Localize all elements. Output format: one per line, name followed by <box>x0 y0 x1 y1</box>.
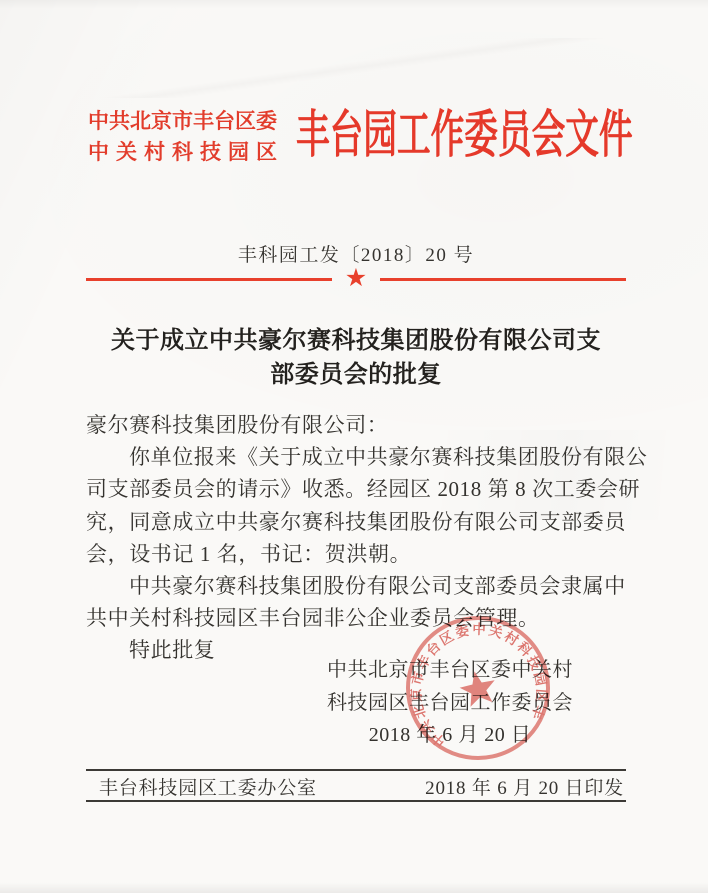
body-line: 司支部委员会的请示》收悉。经园区 2018 第 8 次工委会研 <box>86 473 630 505</box>
issuing-org-line2: 中关村科技园区 <box>88 137 284 168</box>
footer-rule-top <box>86 769 626 771</box>
body-line-salutation: 豪尔赛科技集团股份有限公司： <box>86 409 630 441</box>
signature-org-line2: 科技园区丰台园工作委员会 <box>326 687 574 720</box>
divider-rule-right <box>380 278 626 281</box>
paper-crease <box>0 38 708 98</box>
document-title-line1: 关于成立中共豪尔赛科技集团股份有限公司支 <box>111 328 601 354</box>
star-icon: ★ <box>332 265 380 290</box>
document-body: 豪尔赛科技集团股份有限公司： 你单位报来《关于成立中共豪尔赛科技集团股份有限公 … <box>86 409 630 667</box>
signature-date: 2018 年 6 月 20 日 <box>326 719 574 752</box>
document-title-line2: 部委员会的批复 <box>270 362 442 388</box>
body-line: 你单位报来《关于成立中共豪尔赛科技集团股份有限公 <box>86 441 630 473</box>
red-divider: ★ <box>86 266 626 292</box>
footer-print-date: 2018 年 6 月 20 日印发 <box>425 773 626 800</box>
signature-org-line1: 中共北京市丰台区委中关村 <box>326 654 574 687</box>
body-line: 究，同意成立中共豪尔赛科技集团股份有限公司支部委员 <box>86 506 630 538</box>
document-letterhead-title: 丰台园工作委员会文件 <box>296 110 633 162</box>
footer: 丰台科技园区工委办公室 2018 年 6 月 20 日印发 <box>86 773 626 800</box>
footer-issuing-office: 丰台科技园区工委办公室 <box>86 773 317 800</box>
document-title: 关于成立中共豪尔赛科技集团股份有限公司支 部委员会的批复 <box>60 324 652 392</box>
document-page: 中共北京市丰台区委 中关村科技园区 丰台园工作委员会文件 丰科园工发〔2018〕… <box>0 0 708 893</box>
issuing-org-name: 中共北京市丰台区委 中关村科技园区 <box>88 106 277 168</box>
body-line: 中共豪尔赛科技集团股份有限公司支部委员会隶属中 <box>86 570 630 602</box>
body-line: 会，设书记 1 名，书记：贺洪朝。 <box>86 538 630 570</box>
signature-block: 中共北京市丰台区委中关村 科技园区丰台园工作委员会 2018 年 6 月 20 … <box>326 654 574 752</box>
footer-rule-bottom <box>86 800 626 802</box>
body-line: 共中关村科技园区丰台园非公企业委员会管理。 <box>86 602 630 634</box>
issuing-org-line1: 中共北京市丰台区委 <box>88 106 277 137</box>
divider-rule-left <box>86 278 332 281</box>
